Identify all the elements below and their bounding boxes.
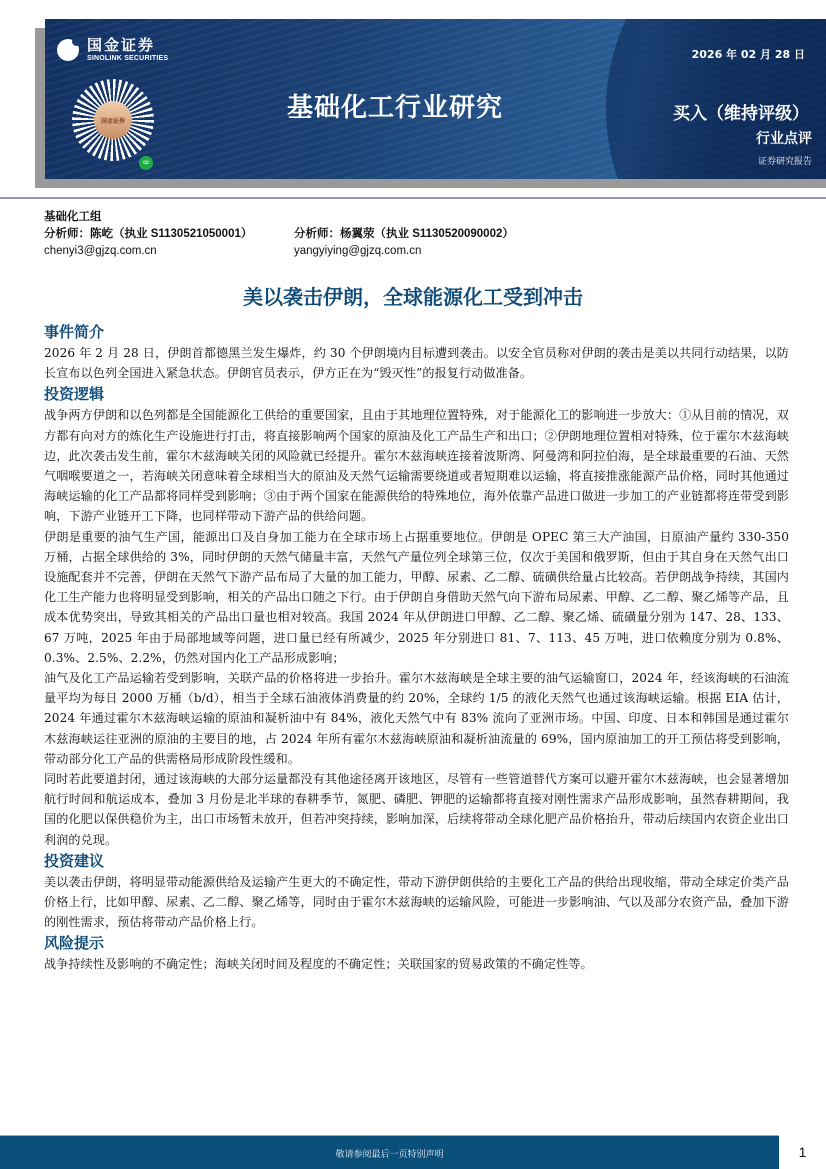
section-heading-risk: 风险提示 [44,932,789,954]
section-logic-paragraph-3: 油气及化工产品运输若受到影响，关联产品的价格将进一步抬升。霍尔木兹海峡是全球主要… [44,668,789,769]
header-divider [0,197,826,199]
logo-cn-text: 国金证券 [87,37,168,54]
company-logo: 国金证券 SINOLINK SECURITIES [57,37,168,63]
analyst-1-label: 分析师：陈屹（执业 S1130521050001） [44,226,294,243]
logo-en-text: SINOLINK SECURITIES [87,54,168,63]
footer-disclaimer-bar: 敬请参阅最后一页特别声明 [0,1135,779,1169]
section-recommendation-paragraph: 美以袭击伊朗，将明显带动能源供给及运输产生更大的不确定性，带动下游伊朗供给的主要… [44,872,789,933]
mini-program-icon: ∞ [139,156,153,170]
report-title: 美以袭击伊朗，全球能源化工受到冲击 [0,281,826,310]
research-group: 基础化工组 [44,209,744,226]
qr-center-logo: 国金证券 [94,101,132,139]
rating-label: 买入（维持评级） [673,99,809,124]
section-logic-paragraph-2: 伊朗是重要的油气生产国，能源出口及自身加工能力在全球市场上占据重要地位。伊朗是 … [44,527,789,668]
footer-disclaimer: 敬请参阅最后一页特别声明 [335,1147,443,1160]
section-logic-paragraph-4: 同时若此要道封闭，通过该海峡的大部分运量都没有其他途径离开该地区，尽管有一些管道… [44,769,789,850]
section-heading-logic: 投资逻辑 [44,383,789,405]
section-heading-event: 事件简介 [44,321,789,343]
page-number: 1 [779,1135,826,1169]
analyst-2: 分析师：杨翼荥（执业 S1130520090002） yangyiying@gj… [294,226,544,260]
logo-mark-icon [57,39,79,61]
section-event-paragraph: 2026 年 2 月 28 日，伊朗首都德黑兰发生爆炸，约 30 个伊朗境内目标… [44,343,789,383]
header-banner: 国金证券 SINOLINK SECURITIES 国金证券 ∞ 基础化工行业研究… [45,19,826,179]
analyst-2-label: 分析师：杨翼荥（执业 S1130520090002） [294,226,544,243]
analyst-1-email[interactable]: chenyi3@gjzq.com.cn [44,243,294,260]
section-logic-paragraph-1: 战争两方伊朗和以色列都是全国能源化工供给的重要国家，且由于其地理位置特殊，对于能… [44,405,789,526]
banner-title: 基础化工行业研究 [287,87,503,124]
analyst-1: 分析师：陈屹（执业 S1130521050001） chenyi3@gjzq.c… [44,226,294,260]
section-risk-paragraph: 战争持续性及影响的不确定性；海峡关闭时间及程度的不确定性；关联国家的贸易政策的不… [44,954,789,974]
report-type: 行业点评 [756,128,812,148]
analyst-block: 基础化工组 分析师：陈屹（执业 S1130521050001） chenyi3@… [44,209,744,260]
report-date: 2026 年 02 月 28 日 [692,46,805,62]
report-category: 证券研究报告 [758,154,812,167]
analyst-2-email[interactable]: yangyiying@gjzq.com.cn [294,243,544,260]
report-body: 事件简介 2026 年 2 月 28 日，伊朗首都德黑兰发生爆炸，约 30 个伊… [44,321,789,975]
section-heading-recommendation: 投资建议 [44,850,789,872]
